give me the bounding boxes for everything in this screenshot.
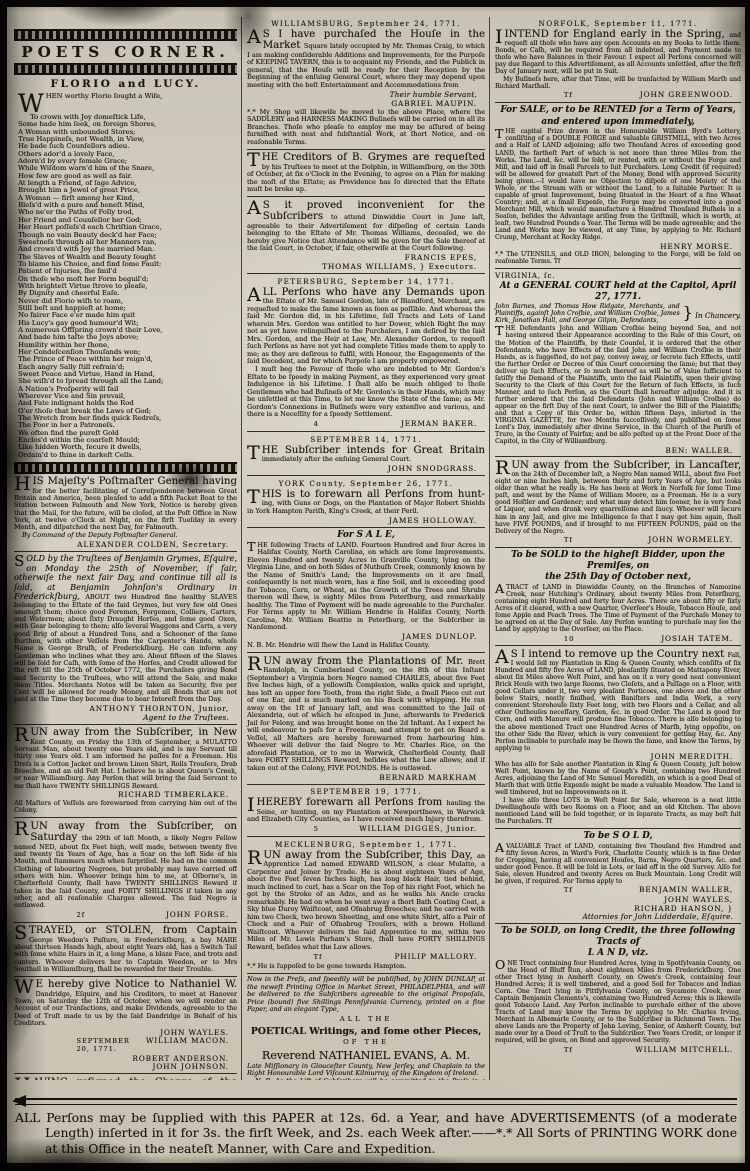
signature-mark: Tf xyxy=(314,954,323,962)
section-divider-rule xyxy=(247,973,485,974)
poem-line-text: Sweet Peace and Virtue, Hand in Hand, xyxy=(18,371,155,378)
poem-line-text: And crown'd with Joy the married Man. xyxy=(18,246,154,253)
right-column-sections: NORFOLK, September 11, 1771.IINTEND for … xyxy=(495,19,741,1054)
signature-name: JOHN GREENWOOD. xyxy=(640,91,741,98)
ad-opening-paragraph: RUN away from the Subſcriber, this Day, … xyxy=(247,850,485,952)
drop-cap: T xyxy=(495,325,503,336)
ad-opening-line: HE capital Prize drawn in the Honourable… xyxy=(505,128,741,135)
signature-name: JAMES DUNLOP. xyxy=(402,633,485,641)
ad-opening-paragraph: THE capital Prize drawn in the Honourabl… xyxy=(495,128,741,241)
drop-cap: A xyxy=(247,200,261,216)
poem-line-text: Humility within her ſhone, xyxy=(18,342,109,349)
ad-body-text: ABOUT two Hundred fine healthy SLAVES be… xyxy=(14,593,237,703)
section-divider-rule xyxy=(247,475,485,476)
poem-line-text: While Wiſdom warn'd him of the Snare, xyxy=(18,165,154,172)
ad-opening-paragraph: RUN away from the Subſcriber, in New Ken… xyxy=(14,727,237,790)
dateline: SEPTEMBER 14, 1771. xyxy=(247,435,485,444)
footer-rule-arrow-icon xyxy=(12,1095,26,1107)
ad-body-text: the Eſtate of Mr. Samuel Gordon, late of… xyxy=(247,297,485,365)
poem-line-text: No fairer Face e'er made him quit xyxy=(18,312,135,319)
section-divider-rule xyxy=(247,431,485,432)
hunting-warning-shields: YORK County, September 26, 1771.THIS is … xyxy=(247,479,485,525)
signature-name: JOHN WAYLES. xyxy=(160,1029,237,1036)
poem-line: Bleſs'd with a pure and honeſt Mind, xyxy=(18,202,237,209)
poem-line: Never did Florio wiſh to roam, xyxy=(18,298,237,305)
column-middle: WILLIAMSBURG, September 24, 1771.AS I ha… xyxy=(241,17,485,1080)
poem-line: To blame his Choice, and find ſome Fault… xyxy=(18,261,237,268)
parties-text: John Barnes, and Thomas How Ridgate, Mer… xyxy=(495,303,680,324)
poem-line: We often find the pureſt Gold xyxy=(18,430,237,437)
section-heading: To be SOLD, on long Credit, the three fo… xyxy=(495,926,741,947)
ad-body-text: for the better facilitating of Correſpon… xyxy=(14,487,237,531)
signature-name: JOHN WAYLES, xyxy=(664,896,741,903)
ad-paragraph: My Buſineſs here, after that Time, will … xyxy=(495,76,741,90)
drop-cap: R xyxy=(247,656,261,672)
section-divider-rule xyxy=(14,817,237,818)
poem-line: Though no vain Beauty deck'd her Face; xyxy=(18,232,237,239)
ad-opening-line: TRACT of LAND in Dinwiddie County, on th… xyxy=(506,584,709,591)
poem-line: How few are good as well as fair. xyxy=(18,173,237,180)
signature-row: JAMES DUNLOP. xyxy=(247,633,485,641)
chancery-label-text: In Chancery. xyxy=(693,311,741,320)
poem-line-text: Her Friend and Counſellor her God; xyxy=(18,217,142,224)
poem-line-text: And bade him taſte the Joys above; xyxy=(18,334,138,341)
dateline: VIRGINIA, ſc. xyxy=(495,271,741,280)
section-heading: For SALE, or to be RENTED for a Term of … xyxy=(495,105,741,116)
ad-paragraph: By Command of the Deputy Poſtmaſter Gene… xyxy=(14,532,237,539)
signature-name: JOHN WORMELEY. xyxy=(648,536,741,543)
poem-line-text: Brought him a Jewel of great Price, xyxy=(18,187,140,194)
poem-line: Patient of Injuries, ſhe ſmil'd xyxy=(18,268,237,275)
ad-opening-line: UN away from the Subſcriber, in Lancaſte… xyxy=(511,460,741,471)
ad-opening-line: UN away from the Subſcriber, in New xyxy=(30,727,237,738)
signature-name: JOHN JOHNSON. xyxy=(152,1063,237,1070)
signature-row: HENRY MORSE. xyxy=(495,243,741,250)
signature-row: JOHN MEREDITH. xyxy=(495,753,741,760)
signature-mark: Tf xyxy=(564,537,573,544)
newspaper-page: POETS CORNER. FLORIO and LUCY. WHEN wort… xyxy=(7,7,745,1163)
brace-glyph: } xyxy=(683,303,693,322)
grymes-creditors-meeting: THE Creditors of B. Grymes are requeſted… xyxy=(247,152,485,194)
drop-cap: R xyxy=(495,460,509,476)
poem-line-text: The Prince of Peace within her reign'd, xyxy=(18,356,153,363)
ad-body-text: an Apprentice Lad named EDWARD WILSON, a… xyxy=(247,852,485,951)
poem-line: Each angry Sally ſtill refrain'd; xyxy=(18,364,237,371)
poem-line: Brought him a Jewel of great Price, xyxy=(18,187,237,194)
ad-opening-paragraph: THE Creditors of B. Grymes are requeſted… xyxy=(247,152,485,194)
postscript: N. B. Mr. Hendrie will ſhew the Land in … xyxy=(247,642,485,650)
chancery-parties: John Barnes, and Thomas How Ridgate, Mer… xyxy=(495,303,741,324)
drop-cap: H xyxy=(14,476,31,492)
section-divider-rule xyxy=(495,268,741,269)
signature-row: ROBERT ANDERSON. xyxy=(14,1055,237,1062)
signature-mark: 10 xyxy=(564,636,574,643)
signature-row: JOHN WAYLES, xyxy=(495,896,741,903)
ad-opening-line: INTEND for England early in the Spring, xyxy=(505,29,730,40)
ad-opening-paragraph: THE following Tracts of LAND. Fourteen H… xyxy=(247,542,485,632)
dateline: NORFOLK, September 11, 1771. xyxy=(495,19,741,28)
signature-name: RICHARD TIMBERLAKE. xyxy=(118,791,237,798)
poem-line-text: Who ne'er the Paths of Folly trod, xyxy=(18,209,134,216)
ornament-divider xyxy=(14,462,237,474)
ad-opening-line: HEREBY forewarn all Perſons from xyxy=(257,797,447,808)
ad-opening-paragraph: THE Defendants John and William Croſbie … xyxy=(495,325,741,445)
ad-opening-paragraph: ONE Tract containing four Hundred Acres,… xyxy=(495,960,741,1045)
drop-cap: R xyxy=(247,850,261,866)
signature-row: RICHARD TIMBERLAKE. xyxy=(14,791,237,798)
poem-line-text: Though no vain Beauty deck'd her Face; xyxy=(18,232,157,239)
poem-line-text: Like hidden Worth, ſecure it dwells, xyxy=(18,444,142,451)
drop-cap: A xyxy=(247,287,261,303)
section-divider-rule xyxy=(14,1073,237,1074)
poem-line-text: With brighteſt Virtue ſtrove to pleaſe, xyxy=(18,283,147,290)
drop-cap: T xyxy=(495,128,503,139)
signature-name: RICHARD HANSON, } xyxy=(634,905,741,912)
poem-line: Sweetneſs through all her Manners ran, xyxy=(18,239,237,246)
ad-paragraph: I have alſo three LOTS in Weſt Point for… xyxy=(495,797,741,825)
poem-line-text: Still beſt and happieſt at home; xyxy=(18,305,126,312)
evans-book-advertisement: Now in the Preſs, and ſpeedily will be p… xyxy=(247,976,485,1080)
poem-line: Ordain'd to ſhine in darkeſt Cells. xyxy=(18,452,237,459)
runaway-will: RUN away from the Subſcriber, in Lancaſt… xyxy=(495,460,741,544)
poem-line: And crown'd with Joy the married Man. xyxy=(18,246,237,253)
ad-body-text: the 29th of laſt Month, a likely Negro F… xyxy=(14,834,237,909)
poem-line-text: Others ador'd a lovely Face, xyxy=(18,151,115,158)
signature-name: BEN: WALLER. xyxy=(665,447,741,454)
section-divider-rule xyxy=(14,922,237,923)
ad-paragraph: N. B. As the Liſt of Subſcribers will be… xyxy=(247,1078,485,1080)
column-right: NORFOLK, September 11, 1771.IINTEND for … xyxy=(489,17,741,1080)
ad-opening-line: UN away from the Subſcriber, this Day, xyxy=(263,850,477,861)
signature-row: FRANCIS EPES, xyxy=(247,254,485,262)
ornament-border-top xyxy=(14,29,237,41)
poem-line-text: HEN worthy Florio ſought a Wife, xyxy=(46,93,162,100)
section-divider-rule xyxy=(495,923,741,924)
ad-body-text: having entered their Appearance accordin… xyxy=(495,332,741,445)
ad-opening-paragraph: RUN away from the Plantations of Mr. Bre… xyxy=(247,656,485,773)
ad-opening-paragraph: AS I intend to remove up the Country nex… xyxy=(495,649,741,752)
section-divider-rule xyxy=(495,828,741,829)
dateline: MECKLENBURG, September 1, 1771. xyxy=(247,840,485,849)
ad-opening-line: AVING reſigned the Charge of the Store xyxy=(33,1077,237,1080)
subscription-notice: ALL Perſons may be ſupplied with this PA… xyxy=(15,1111,737,1158)
page-columns: POETS CORNER. FLORIO and LUCY. WHEN wort… xyxy=(7,7,745,1080)
ad-opening-line: HE Creditors of B. Grymes are requeſted xyxy=(262,152,485,163)
dateline: PETERSBURG, September 14, 1771. xyxy=(247,277,485,286)
chancery-label: } In Chancery. xyxy=(680,309,741,319)
tatem-land-sale: To be SOLD to the higheſt Bidder, upon t… xyxy=(495,550,741,642)
section-heading: the 25th Day of October next, xyxy=(495,572,741,583)
signature-name: WILLIAM DIGGES, Junior. xyxy=(359,825,485,833)
poem-line-text: A numerous Offſpring crown'd their Love, xyxy=(18,327,162,334)
signature-mark: Tf xyxy=(564,887,573,894)
poem-line-text: Adorn'd by every female Grace; xyxy=(18,158,127,165)
poem-line-text: A Nation's Proſperity will fail xyxy=(18,386,118,393)
section-heading: For S A L E, xyxy=(247,530,485,541)
ad-opening-paragraph: THE Subſcriber intends for Great Britain… xyxy=(247,445,485,464)
ad-opening-paragraph: ATRACT of LAND in Dinwiddie County, on t… xyxy=(495,584,741,633)
drop-cap: S xyxy=(14,554,24,567)
poem-line-text: On thoſe who moſt her Form beguil'd; xyxy=(18,276,148,283)
section-heading: To be SOLD to the higheſt Bidder, upon t… xyxy=(495,550,741,571)
postscript: *.* He is ſuppoſed to be gone towards Ha… xyxy=(247,963,485,971)
poem-line: While Wiſdom warn'd him of the Snare, xyxy=(18,165,237,172)
poem-line-text: At length a Friend, of ſage Advice, xyxy=(18,180,136,187)
section-divider-rule xyxy=(247,527,485,528)
signature-row: TfPHILIP MALLORY. xyxy=(247,953,485,962)
signature-name: ROBERT ANDERSON. xyxy=(132,1055,237,1062)
signature-row: Attornies for John Lidderdale, Eſquire. xyxy=(495,913,741,920)
signature-name: FRANCIS EPES, xyxy=(405,254,485,262)
ad-body-text: Fall, I would ſell my Plantation in King… xyxy=(495,652,741,752)
ad-opening-paragraph: AS it proved inconvenient for the Subſcr… xyxy=(247,200,485,253)
ad-opening-paragraph: AVALUABLE Tract of LAND, containing five… xyxy=(495,843,741,885)
ad-opening-paragraph: RUN away from the Subſcriber, on Saturda… xyxy=(14,821,237,910)
signature-row: ALEXANDER COLDEN, Secretary. xyxy=(14,541,237,548)
signature-name: Attornies for John Lidderdale, Eſquire. xyxy=(582,913,741,920)
grymes-trustees-sale: SOLD by the Truſtees of Benjamin Grymes,… xyxy=(14,554,237,721)
section-divider-rule xyxy=(247,273,485,274)
runaway-ned: RUN away from the Subſcriber, on Saturda… xyxy=(14,821,237,919)
poem-line-text: A Woman — firſt among her Kind, xyxy=(18,195,134,202)
ad-opening-line: HE Defendants John and William Croſbie b… xyxy=(505,325,741,332)
ad-opening-paragraph: THIS is to forewarn all Perſons from hun… xyxy=(247,489,485,516)
signature-name: JOSIAH TATEM. xyxy=(661,635,741,642)
display-line: POETICAL Writings, and ſome other Pieces… xyxy=(247,1026,485,1037)
postscript: All Maſters of Veſſels are forewarned fr… xyxy=(14,800,237,815)
poem-line-text: Ordain'd to ſhine in darkeſt Cells. xyxy=(18,452,134,459)
ad-paragraph: Late Miſſionary in Glouceſter County, Ne… xyxy=(247,1063,485,1078)
poem-line-text: Bleſs'd with a pure and honeſt Mind, xyxy=(18,202,144,209)
meredith-plantation-sale: AS I intend to remove up the Country nex… xyxy=(495,649,741,761)
ad-opening-paragraph: STRAYED, or STOLEN, from Captain George … xyxy=(14,925,237,973)
poem-line: On thoſe who moſt her Form beguil'd; xyxy=(18,276,237,283)
signature-mark: 2f xyxy=(76,912,85,919)
poem-line: The Poor in her a Patroneſs. xyxy=(18,422,237,429)
meredith-additional-lands: Who has alſo for Sale another Plantation… xyxy=(495,761,741,825)
poem-line-text: Each angry Sally ſtill refrain'd; xyxy=(18,364,125,371)
poem-line: Enclos'd within the coarſeſt Mould; xyxy=(18,437,237,444)
section-heading: and entered upon immediately, xyxy=(495,117,741,128)
poem-line-text: The Poor in her a Patroneſs. xyxy=(18,422,115,429)
poem-line: A Woman — firſt among her Kind, xyxy=(18,195,237,202)
poem-line-text: She wiſh'd to ſpread through all the Lan… xyxy=(18,378,163,385)
display-line: OF THE xyxy=(247,1038,485,1047)
ad-opening-line: TRAYED, or STOLEN, from Captain xyxy=(29,925,237,936)
signature-name: PHILIP MALLORY. xyxy=(395,953,486,961)
ad-body-text: immediately after the enſuing General Co… xyxy=(262,455,411,463)
poem-line: Sweet Peace and Virtue, Hand in Hand, xyxy=(18,371,237,378)
signature-name: JOHN MEREDITH. xyxy=(651,753,741,760)
poem-line-text: Patient of Injuries, ſhe ſmil'd xyxy=(18,268,117,275)
postscript: *.* The UTENSILS, and OLD IRON, belongin… xyxy=(495,251,741,265)
signature-mark: 4 xyxy=(314,421,319,429)
signature-row: 4JERMAN BAKER. xyxy=(247,420,485,429)
signature-row: JAMES HOLLOWAY. xyxy=(247,517,485,525)
runaway-edward-wilson: MECKLENBURG, September 1, 1771.RUN away … xyxy=(247,840,485,971)
poem-line: Her Friend and Counſellor her God; xyxy=(18,217,237,224)
signature-row: 5WILLIAM DIGGES, Junior. xyxy=(247,825,485,834)
section-divider-rule xyxy=(14,551,237,552)
hunting-warning-digges: SEPTEMBER 19, 1771.IHEREBY forewarn all … xyxy=(247,787,485,834)
snodgrass-departure: SEPTEMBER 14, 1771.THE Subſcriber intend… xyxy=(247,435,485,473)
signature-row: Their humble Servant, xyxy=(247,91,485,99)
poem-line: A Woman with unbounded Stores; xyxy=(18,129,237,136)
poem-line: And bade him taſte the Joys above; xyxy=(18,334,237,341)
section-divider-rule xyxy=(495,645,741,646)
poem-title: FLORIO and LUCY. xyxy=(14,78,237,91)
column-left: POETS CORNER. FLORIO and LUCY. WHEN wort… xyxy=(14,17,237,1080)
ad-opening-paragraph: IINTEND for England early in the Spring,… xyxy=(495,29,741,76)
drop-cap: R xyxy=(14,727,28,743)
signature-name: BENJAMIN WALLER, xyxy=(639,886,741,893)
poets-corner-masthead: POETS CORNER. xyxy=(14,29,237,75)
poem-line: Others ador'd a lovely Face, xyxy=(18,151,237,158)
poem-line: Some bade him ſeek, on foreign Shores, xyxy=(18,121,237,128)
drop-cap: W xyxy=(14,979,34,995)
section-heading: L A N D, viz. xyxy=(495,948,741,959)
poem-line: True Happineſs, not Wealth, in View, xyxy=(18,136,237,143)
signature-row: TfWILLIAM MITCHELL. xyxy=(495,1046,741,1054)
ad-opening-paragraph: ALL Perſons who have any Demands upon th… xyxy=(247,287,485,366)
poem-line: Humility within her ſhone, xyxy=(18,342,237,349)
drop-cap: S xyxy=(14,925,27,941)
poem-line: His Lucy's gay good humour'd Wit; xyxy=(18,320,237,327)
signature-row: TfJOHN GREENWOOD. xyxy=(495,91,741,99)
drop-cap: R xyxy=(14,821,28,837)
lidderdale-land-sale: To be S O L D,AVALUABLE Tract of LAND, c… xyxy=(495,831,741,920)
signature-name: Agent to the Truſtees. xyxy=(143,714,237,721)
section-divider-rule xyxy=(495,456,741,457)
poem-line: Still beſt and happieſt at home; xyxy=(18,305,237,312)
ad-opening-line: LL Perſons who have any Demands upon xyxy=(263,287,485,298)
section-divider-rule xyxy=(247,784,485,785)
signature-name: WILLIAM MITCHELL. xyxy=(635,1046,741,1053)
signature-row: RICHARD HANSON, } xyxy=(495,905,741,912)
poem-line: O'er thoſe that break the Laws of God; xyxy=(18,408,237,415)
ad-body-text: ing, with Guns or Dogs, on the Plantatio… xyxy=(247,499,485,515)
signature-name: BERNARD MARKHAM xyxy=(379,774,485,782)
poem-line: WHEN worthy Florio ſought a Wife, xyxy=(18,93,237,114)
ad-paragraph: I muſt beg the Favour of thoſe who are i… xyxy=(247,366,485,419)
poem-line: The Slaves of Wealth and Beauty ſought xyxy=(18,254,237,261)
signature-row: Agent to the Truſtees. xyxy=(14,714,237,721)
drop-cap: A xyxy=(495,584,504,595)
signature-row: 2fJOHN FORSE. xyxy=(14,911,237,919)
section-divider-rule xyxy=(14,724,237,725)
postscript: *.* My Shop will likewiſe be moved to th… xyxy=(247,109,485,147)
chancery-court-order: VIRGINIA, ſc.At a GENERAL COURT held at … xyxy=(495,271,741,453)
poem-line-text: The Wretch from her finds quick Redreſs, xyxy=(18,415,161,422)
ad-opening-line: HE Subſcriber intends for Great Britain xyxy=(262,445,485,456)
poem-line: Her Heart poſſeſs'd each Chriſtian Grace… xyxy=(18,224,237,231)
poem-line: Who ne'er the Paths of Folly trod, xyxy=(18,209,237,216)
williams-estate-sale-notice: AS it proved inconvenient for the Subſcr… xyxy=(247,200,485,271)
ad-opening-paragraph: WE hereby give Notice to Nathaniel W. Da… xyxy=(14,979,237,1027)
poem-line-text: Her Heart poſſeſs'd each Chriſtian Grace… xyxy=(18,224,162,231)
ad-body-text: Hundred and fifty ſeven Acres, in Ward's… xyxy=(495,843,741,885)
drop-cap: A xyxy=(495,649,509,665)
poem-line-text: He bade ſuch Counſellors adieu. xyxy=(18,143,129,150)
poem-line-text: To blame his Choice, and find ſome Fault… xyxy=(18,261,161,268)
poem-line: At length a Friend, of ſage Advice, xyxy=(18,180,237,187)
poem-line: No fairer Face e'er made him quit xyxy=(18,312,237,319)
ad-opening-line: HIS is to forewarn all Perſons from hunt… xyxy=(262,489,485,500)
poem-line: With brighteſt Virtue ſtrove to pleaſe, xyxy=(18,283,237,290)
poem-line-text: By Dignity and cheerful Eaſe. xyxy=(18,290,120,297)
ad-body-text: on the 24th of December laſt, a Negro Ma… xyxy=(495,471,741,534)
poem-line-text: Her Condeſcenſion Thouſands won; xyxy=(18,349,140,356)
signature-name: JAMES HOLLOWAY. xyxy=(389,517,485,525)
ad-body-text: George Weedon's Paſture, in Frederickſbu… xyxy=(14,936,237,973)
display-line: ALL THE xyxy=(247,1015,485,1024)
drop-cap: T xyxy=(247,542,255,553)
signature-row: BERNARD MARKHAM xyxy=(247,774,485,782)
ad-body-text: Brett Randolph, in Cumberland County, on… xyxy=(247,658,485,772)
poem-line: He bade ſuch Counſellors adieu. xyxy=(18,143,237,150)
signature-name: JERMAN BAKER. xyxy=(401,420,485,428)
signature-name: ANTHONY THORNTON, Junior, xyxy=(90,705,237,712)
section-divider-rule xyxy=(247,836,485,837)
section-divider-rule xyxy=(247,652,485,653)
ad-opening-line: UN away from the Plantations of Mr. xyxy=(263,656,468,667)
ad-opening-line: S I intend to remove up the Country next xyxy=(511,649,728,660)
drop-cap: I xyxy=(247,797,255,813)
ad-body-text: Dandridge, Eſquire, and his Creditors, t… xyxy=(14,990,237,1027)
display-line: Reverend NATHANIEL EVANS, A. M. xyxy=(247,1049,485,1062)
drop-cap: I xyxy=(495,29,503,45)
ornament-border-bottom xyxy=(14,63,237,75)
mitchell-land-sale: To be SOLD, on long Credit, the three fo… xyxy=(495,926,741,1054)
signature-row: ANTHONY THORNTON, Junior, xyxy=(14,705,237,712)
ad-opening-paragraph: HAVING reſigned the Charge of the Store … xyxy=(14,1077,237,1080)
ad-opening-line: VALUABLE Tract of LAND, containing five … xyxy=(506,843,698,850)
signature-row: THOMAS WILLIAMS, } Executors. xyxy=(247,263,485,271)
ad-body-text: conſiſting of a DOUBLE FORGE and valuabl… xyxy=(495,135,741,241)
section-divider-rule xyxy=(247,196,485,197)
poem-line: To crown with Joy domeſtick Life, xyxy=(18,114,237,121)
ad-body-text: by his Truſtees to meet at the Dolphin, … xyxy=(247,163,485,194)
poem-line: The Wretch from her finds quick Redreſs, xyxy=(18,415,237,422)
drop-cap: A xyxy=(247,29,261,45)
signature-name: Their humble Servant, xyxy=(390,91,485,99)
signature-row: JOHN SNODGRASS. xyxy=(247,465,485,473)
ad-opening-paragraph: AS I have purchaſed the Houſe in the Mar… xyxy=(247,29,485,90)
poem-line-text: Some bade him ſeek, on foreign Shores, xyxy=(18,121,156,128)
middle-column-sections: WILLIAMSBURG, September 24, 1771.AS I ha… xyxy=(247,19,485,1081)
ad-body-text: in Halifax County, North Carolina, on wh… xyxy=(247,541,485,632)
signature-row: BEN: WALLER. xyxy=(495,447,741,454)
ad-opening-paragraph: SOLD by the Truſtees of Benjamin Grymes,… xyxy=(14,554,237,704)
signature-name: GABRIEL MAUPIN. xyxy=(391,100,485,108)
signature-mark: Tf xyxy=(564,1047,573,1054)
ad-opening-paragraph: IHEREBY forewarn all Perſons from haulin… xyxy=(247,797,485,824)
signature-mark: SEPTEMBER 20, 1771. xyxy=(76,1038,145,1053)
drop-cap: T xyxy=(247,152,260,168)
section-intro: Now in the Preſs, and ſpeedily will be p… xyxy=(247,976,485,1014)
poem-florio-and-lucy: FLORIO and LUCY. WHEN worthy Florio ſoug… xyxy=(14,78,237,459)
signature-row: JOHN JOHNSON. xyxy=(14,1063,237,1070)
ad-body-text: Kent County, on Friday the 13th of Septe… xyxy=(14,738,237,790)
poem-lines: WHEN worthy Florio ſought a Wife,To crow… xyxy=(14,93,237,459)
poem-line-text: Enclos'd within the coarſeſt Mould; xyxy=(18,437,140,444)
ad-opening-line: E hereby give Notice to Nathaniel W. xyxy=(36,979,237,990)
signature-mark: Tf xyxy=(564,92,573,99)
left-column-sections: HIS Majeſty's Poſtmaſter General having … xyxy=(14,476,237,1080)
poem-line-text: And Fate indignant holds the Rod xyxy=(18,400,134,407)
section-divider-rule xyxy=(495,547,741,548)
section-divider-rule xyxy=(14,976,237,977)
